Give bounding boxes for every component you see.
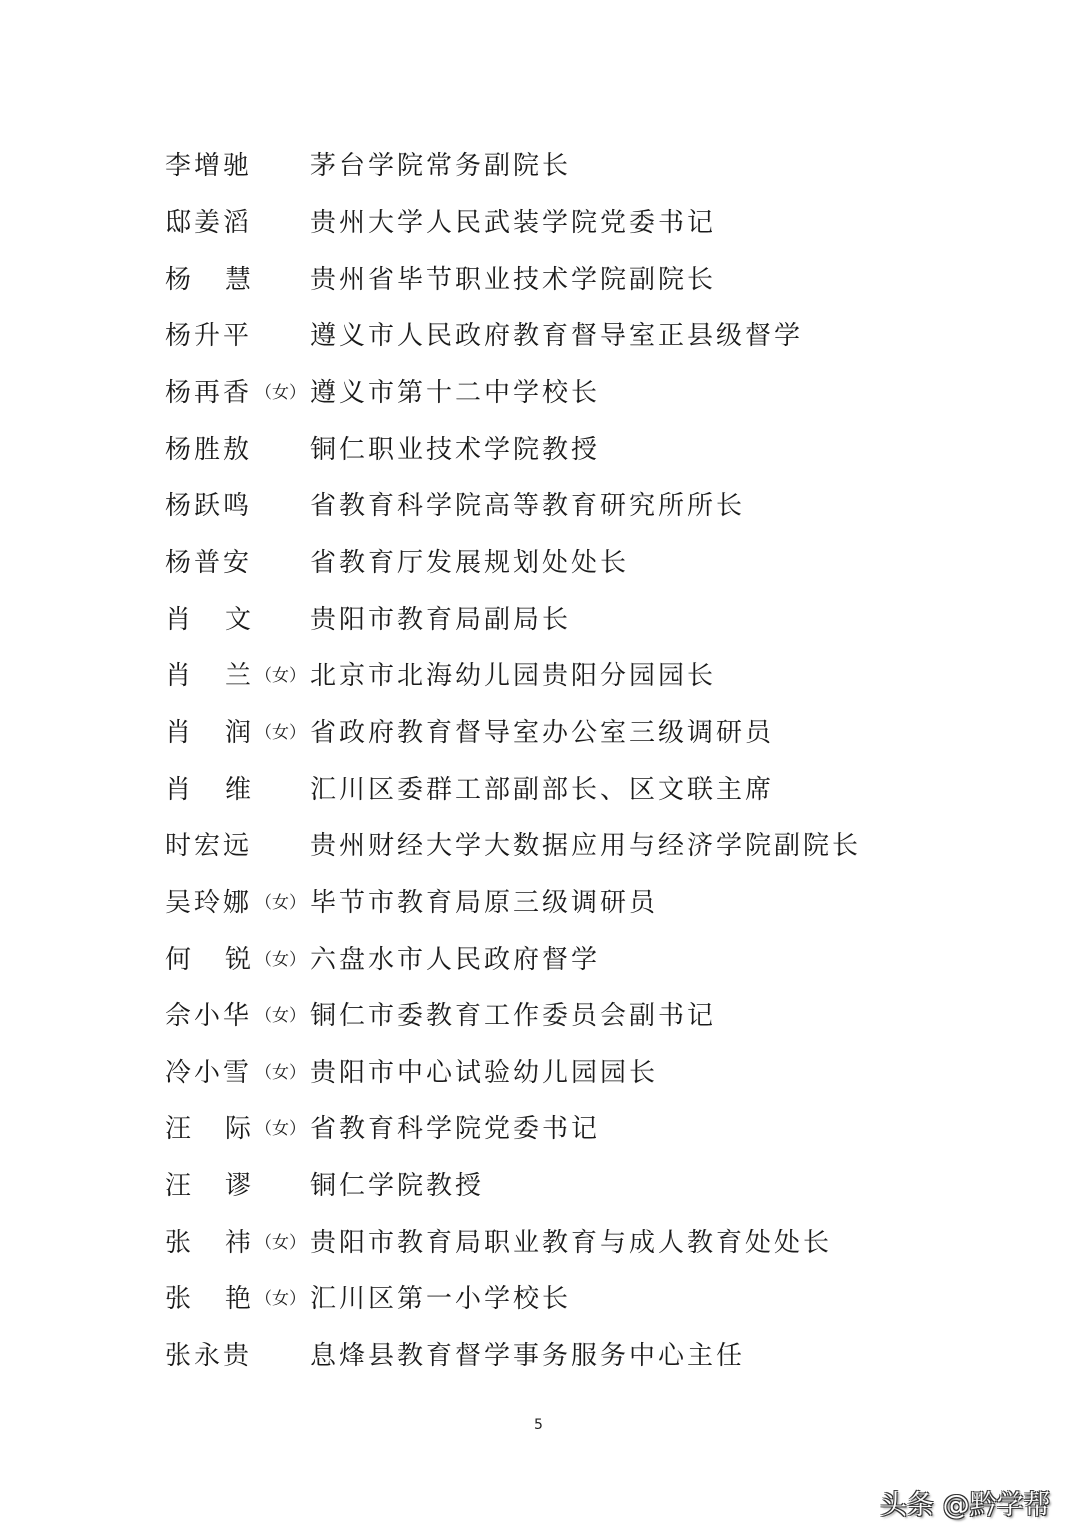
member-title: 息烽县教育督学事务服务中心主任 xyxy=(310,1336,745,1376)
member-name: 佘小华 xyxy=(165,996,251,1036)
gender-note: （女） xyxy=(251,373,310,413)
list-item: 何锐（女）六盘水市人民政府督学 xyxy=(165,931,925,988)
gender-note: （女） xyxy=(251,1279,310,1319)
member-name: 冷小雪 xyxy=(165,1053,251,1093)
list-item: 汪际（女）省教育科学院党委书记 xyxy=(165,1101,925,1158)
list-item: 佘小华（女）铜仁市委教育工作委员会副书记 xyxy=(165,988,925,1045)
list-item: 吴玲娜（女）毕节市教育局原三级调研员 xyxy=(165,875,925,932)
gender-note: （女） xyxy=(251,883,310,923)
member-title: 铜仁学院教授 xyxy=(310,1166,484,1206)
list-item: 肖文贵阳市教育局副局长 xyxy=(165,591,925,648)
member-title: 六盘水市人民政府督学 xyxy=(310,940,600,980)
member-title: 贵州大学人民武装学院党委书记 xyxy=(310,203,716,243)
list-item: 杨慧贵州省毕节职业技术学院副院长 xyxy=(165,251,925,308)
list-item: 时宏远贵州财经大学大数据应用与经济学院副院长 xyxy=(165,818,925,875)
gender-note: （女） xyxy=(251,713,310,753)
member-name: 杨再香 xyxy=(165,373,251,413)
member-title: 毕节市教育局原三级调研员 xyxy=(310,883,658,923)
member-name: 汪际 xyxy=(165,1109,251,1149)
member-title: 贵阳市中心试验幼儿园园长 xyxy=(310,1053,658,1093)
member-title: 省政府教育督导室办公室三级调研员 xyxy=(310,713,774,753)
member-name: 杨胜敖 xyxy=(165,430,251,470)
list-item: 张永贵息烽县教育督学事务服务中心主任 xyxy=(165,1328,925,1385)
list-item: 邸姜滔贵州大学人民武装学院党委书记 xyxy=(165,195,925,252)
member-name: 肖文 xyxy=(165,600,251,640)
member-name: 张永贵 xyxy=(165,1336,251,1376)
member-title: 省教育厅发展规划处处长 xyxy=(310,543,629,583)
member-title: 汇川区第一小学校长 xyxy=(310,1279,571,1319)
member-title: 北京市北海幼儿园贵阳分园园长 xyxy=(310,656,716,696)
list-item: 肖兰（女）北京市北海幼儿园贵阳分园园长 xyxy=(165,648,925,705)
member-title: 铜仁市委教育工作委员会副书记 xyxy=(310,996,716,1036)
list-item: 肖润（女）省政府教育督导室办公室三级调研员 xyxy=(165,705,925,762)
list-item: 肖维汇川区委群工部副部长、区文联主席 xyxy=(165,761,925,818)
member-list: 李增驰茅台学院常务副院长邸姜滔贵州大学人民武装学院党委书记杨慧贵州省毕节职业技术… xyxy=(165,138,925,1384)
list-item: 李增驰茅台学院常务副院长 xyxy=(165,138,925,195)
gender-note: （女） xyxy=(251,1109,310,1149)
list-item: 张祎（女）贵阳市教育局职业教育与成人教育处处长 xyxy=(165,1214,925,1271)
list-item: 张艳（女）汇川区第一小学校长 xyxy=(165,1271,925,1328)
member-name: 肖润 xyxy=(165,713,251,753)
list-item: 杨跃鸣省教育科学院高等教育研究所所长 xyxy=(165,478,925,535)
member-name: 邸姜滔 xyxy=(165,203,251,243)
member-name: 何锐 xyxy=(165,940,251,980)
member-title: 遵义市第十二中学校长 xyxy=(310,373,600,413)
member-name: 杨升平 xyxy=(165,316,251,356)
gender-note: （女） xyxy=(251,1223,310,1263)
member-title: 贵州财经大学大数据应用与经济学院副院长 xyxy=(310,826,861,866)
watermark: 头条 @黔学帮 xyxy=(880,1483,1051,1522)
list-item: 杨再香（女）遵义市第十二中学校长 xyxy=(165,365,925,422)
gender-note: （女） xyxy=(251,1053,310,1093)
member-title: 贵州省毕节职业技术学院副院长 xyxy=(310,260,716,300)
member-title: 省教育科学院高等教育研究所所长 xyxy=(310,486,745,526)
list-item: 杨升平遵义市人民政府教育督导室正县级督学 xyxy=(165,308,925,365)
member-title: 贵阳市教育局副局长 xyxy=(310,600,571,640)
member-name: 汪谬 xyxy=(165,1166,251,1206)
member-name: 肖兰 xyxy=(165,656,251,696)
member-title: 贵阳市教育局职业教育与成人教育处处长 xyxy=(310,1223,832,1263)
member-title: 省教育科学院党委书记 xyxy=(310,1109,600,1149)
gender-note: （女） xyxy=(251,940,310,980)
member-title: 铜仁职业技术学院教授 xyxy=(310,430,600,470)
gender-note: （女） xyxy=(251,996,310,1036)
member-name: 吴玲娜 xyxy=(165,883,251,923)
member-title: 汇川区委群工部副部长、区文联主席 xyxy=(310,770,774,810)
list-item: 冷小雪（女）贵阳市中心试验幼儿园园长 xyxy=(165,1045,925,1102)
member-name: 肖维 xyxy=(165,770,251,810)
list-item: 杨胜敖铜仁职业技术学院教授 xyxy=(165,421,925,478)
page-number: 5 xyxy=(534,1417,543,1433)
member-name: 李增驰 xyxy=(165,146,251,186)
gender-note: （女） xyxy=(251,656,310,696)
member-name: 杨跃鸣 xyxy=(165,486,251,526)
member-name: 张祎 xyxy=(165,1223,251,1263)
member-name: 杨普安 xyxy=(165,543,251,583)
member-name: 张艳 xyxy=(165,1279,251,1319)
member-title: 茅台学院常务副院长 xyxy=(310,146,571,186)
member-title: 遵义市人民政府教育督导室正县级督学 xyxy=(310,316,803,356)
member-name: 时宏远 xyxy=(165,826,251,866)
member-name: 杨慧 xyxy=(165,260,251,300)
list-item: 汪谬铜仁学院教授 xyxy=(165,1158,925,1215)
list-item: 杨普安省教育厅发展规划处处长 xyxy=(165,535,925,592)
